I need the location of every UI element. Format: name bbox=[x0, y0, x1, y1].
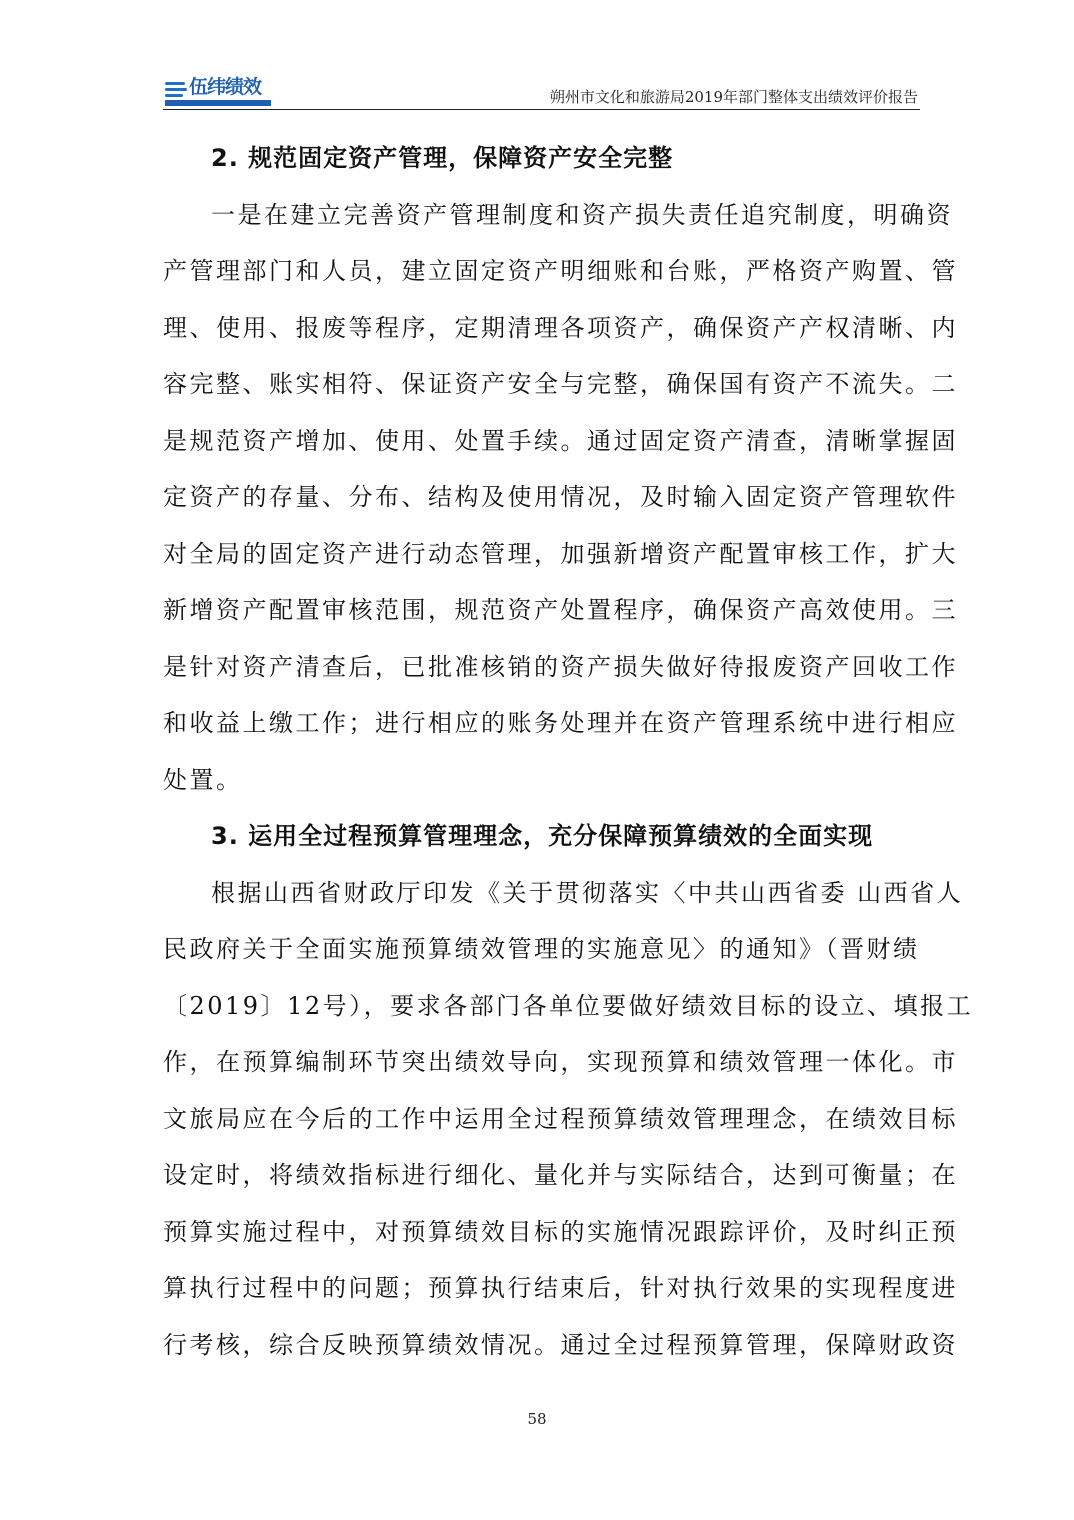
paragraph-line: 和收益上缴工作；进行相应的账务处理并在资产管理系统中进行相应 bbox=[163, 695, 915, 752]
paragraph-line: 设定时，将绩效指标进行细化、量化并与实际结合，达到可衡量；在 bbox=[163, 1147, 915, 1204]
logo-text: 伍纬绩效 bbox=[189, 76, 261, 98]
paragraph-line: 行考核，综合反映预算绩效情况。通过全过程预算管理，保障财政资 bbox=[163, 1317, 915, 1374]
section-heading: 3. 运用全过程预算管理理念，充分保障预算绩效的全面实现 bbox=[163, 808, 915, 865]
paragraph-line: 预算实施过程中，对预算绩效目标的实施情况跟踪评价，及时纠正预 bbox=[163, 1204, 915, 1261]
page-number: 58 bbox=[0, 1410, 1074, 1428]
document-body: 2. 规范固定资产管理，保障资产安全完整 一是在建立完善资产管理制度和资产损失责… bbox=[163, 130, 915, 1373]
page-header: 伍纬绩效 朔州市文化和旅游局2019年部门整体支出绩效评价报告 bbox=[163, 74, 920, 110]
paragraph-line: 产管理部门和人员，建立固定资产明细账和台账，严格资产购置、管 bbox=[163, 243, 915, 300]
paragraph-line: 是规范资产增加、使用、处置手续。通过固定资产清查，清晰掌握固 bbox=[163, 413, 915, 470]
paragraph-line: 作，在预算编制环节突出绩效导向，实现预算和绩效管理一体化。市 bbox=[163, 1034, 915, 1091]
paragraph-line: 文旅局应在今后的工作中运用全过程预算绩效管理理念，在绩效目标 bbox=[163, 1091, 915, 1148]
paragraph-line: 民政府关于全面实施预算绩效管理的实施意见〉的通知》（晋财绩 bbox=[163, 921, 915, 978]
logo-waves-icon bbox=[165, 80, 187, 98]
paragraph-line: 新增资产配置审核范围，规范资产处置程序，确保资产高效使用。三 bbox=[163, 582, 915, 639]
paragraph-line: 容完整、账实相符、保证资产安全与完整，确保国有资产不流失。二 bbox=[163, 356, 915, 413]
paragraph-line: 一是在建立完善资产管理制度和资产损失责任追究制度，明确资 bbox=[163, 187, 915, 244]
paragraph-line: 算执行过程中的问题；预算执行结束后，针对执行效果的实现程度进 bbox=[163, 1260, 915, 1317]
company-logo: 伍纬绩效 bbox=[165, 76, 275, 106]
paragraph-line: 对全局的固定资产进行动态管理，加强新增资产配置审核工作，扩大 bbox=[163, 526, 915, 583]
section-heading: 2. 规范固定资产管理，保障资产安全完整 bbox=[163, 130, 915, 187]
logo-bar bbox=[165, 100, 271, 106]
paragraph-line: 理、使用、报废等程序，定期清理各项资产，确保资产产权清晰、内 bbox=[163, 300, 915, 357]
paragraph-line: 是针对资产清查后，已批准核销的资产损失做好待报废资产回收工作 bbox=[163, 639, 915, 696]
paragraph-line: 〔2019〕12号），要求各部门各单位要做好绩效目标的设立、填报工 bbox=[163, 978, 915, 1035]
paragraph-line: 处置。 bbox=[163, 752, 915, 809]
report-title: 朔州市文化和旅游局2019年部门整体支出绩效评价报告 bbox=[550, 86, 918, 107]
paragraph-line: 根据山西省财政厅印发《关于贯彻落实〈中共山西省委 山西省人 bbox=[163, 865, 915, 922]
header-divider bbox=[163, 109, 920, 110]
paragraph-line: 定资产的存量、分布、结构及使用情况，及时输入固定资产管理软件 bbox=[163, 469, 915, 526]
